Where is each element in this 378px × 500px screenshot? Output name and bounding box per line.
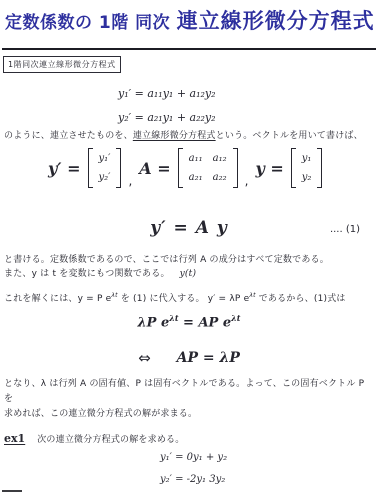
intro-part1: のように、連立させたものを、 [4,131,133,141]
example-label: ex1 [4,432,25,445]
page-title: 定数係数の 1階 同次 連立線形微分方程式 [5,5,375,35]
equivalence-line: ⇔ AP = λP [0,349,378,367]
yprime-vector-label: y′ = [48,159,81,178]
intro-sentence: のように、連立させたものを、連立線形微分方程式という。ベクトルを用いて書けば、 [4,128,376,141]
solve-part1: これを解くには、y = P e [4,294,111,304]
yprime-vector: y₁′ y₂′ [88,148,122,188]
example-sentence: 次の連立微分方程式の解を求める。 [37,435,184,445]
eigenvalue-equation: AP = λP [177,350,240,366]
matrix-a-cell-11: a₁₁ [189,153,203,164]
matrix-a-cell-22: a₂₂ [213,172,227,183]
matrix-a: a₁₁ a₁₂ a₂₁ a₂₂ [178,148,238,188]
matrix-definitions: y′ = y₁′ y₂′ , A = a₁₁ a₁₂ a₂₁ a₂₂ [48,148,322,188]
solve-method-sentence: これを解くには、y = P eλt を (1) に代入する。 y′ = λP e… [4,291,376,304]
stray-pen-mark [2,490,22,492]
right-bracket [116,148,121,188]
y-cell-2: y₂ [302,172,312,183]
example-equation-1: y₁′ = 0y₁ + y₂ [160,447,227,469]
title-bold-part: 連立線形微分方程式 [177,9,375,33]
handwritten-note-page: 定数係数の 1階 同次 連立線形微分方程式 1階同次連立線形微分方程式 y₁′ … [0,0,378,500]
right-bracket [317,148,322,188]
boxed-section-label: 1階同次連立線形微分方程式 [3,56,121,73]
exponent-lambda-t: λt [169,313,178,323]
y-cell-1: y₁ [302,153,312,164]
eigen-substitution-equation: λP eλt = AP eλt [0,313,378,330]
right-bracket [233,148,238,188]
title-regular-part: 定数係数の 1階 同次 [5,13,177,33]
matrix-a-label: A = [139,159,170,178]
double-arrow-icon: ⇔ [138,349,151,367]
matrix-a-cell-12: a₁₂ [213,153,227,164]
y-vector-label: y = [255,159,283,178]
exponent-lambda-t: λt [231,313,240,323]
solve-part2: を (1) に代入する。 y′ = λP e [118,294,250,304]
comma-separator: , [128,174,132,188]
system-equations: y₁′ = a₁₁y₁ + a₁₂y₂ y₂′ = a₂₁y₁ + a₂₂y₂ [118,82,216,130]
system-equation-2: y₂′ = a₂₁y₁ + a₂₂y₂ [118,106,216,130]
eigen-paragraph-line1: となり、λ は行列 A の固有値、P は固有ベクトルである。よって、この固有ベク… [4,377,376,407]
constant-paragraph-line1: と書ける。定数係数であるので、ここでは行列 A の成分はすべて定数である。 [4,253,376,267]
constant-coefficient-paragraph: と書ける。定数係数であるので、ここでは行列 A の成分はすべて定数である。 また… [4,253,376,281]
intro-part3: という。ベクトルを用いて書けば、 [216,131,363,141]
yprime-cell-1: y₁′ [99,153,111,164]
yprime-cell-2: y₂′ [99,172,111,183]
solve-part3: であるから、(1)式は [256,294,346,304]
matrix-a-cell-21: a₂₁ [189,172,203,183]
example-heading: ex1次の連立微分方程式の解を求める。 [4,427,376,446]
eigenvalue-paragraph: となり、λ は行列 A の固有値、P は固有ベクトルである。よって、この固有ベク… [4,377,376,422]
example-equations: y₁′ = 0y₁ + y₂ y₂′ = -2y₁ 3y₂ [160,447,227,491]
intro-underlined-term: 連立線形微分方程式 [133,131,216,141]
vector-equation: y′ = A y [0,218,378,238]
equation-number: .... (1) [330,224,360,235]
constant-paragraph-line2: また、y は t を変数にもつ関数である。 [4,269,170,279]
title-divider-line [2,48,376,50]
comma-separator: , [245,174,249,188]
y-vector: y₁ y₂ [291,148,323,188]
eigen-paragraph-line2: 求めれば、この連立微分方程式の解が求まる。 [4,407,376,422]
y-of-t-note: y(t) [180,269,197,279]
system-equation-1: y₁′ = a₁₁y₁ + a₁₂y₂ [118,82,216,106]
eigen-eq-part1: λP e [138,315,170,330]
example-equation-2: y₂′ = -2y₁ 3y₂ [160,469,227,491]
eigen-eq-part2: = AP e [179,315,232,330]
